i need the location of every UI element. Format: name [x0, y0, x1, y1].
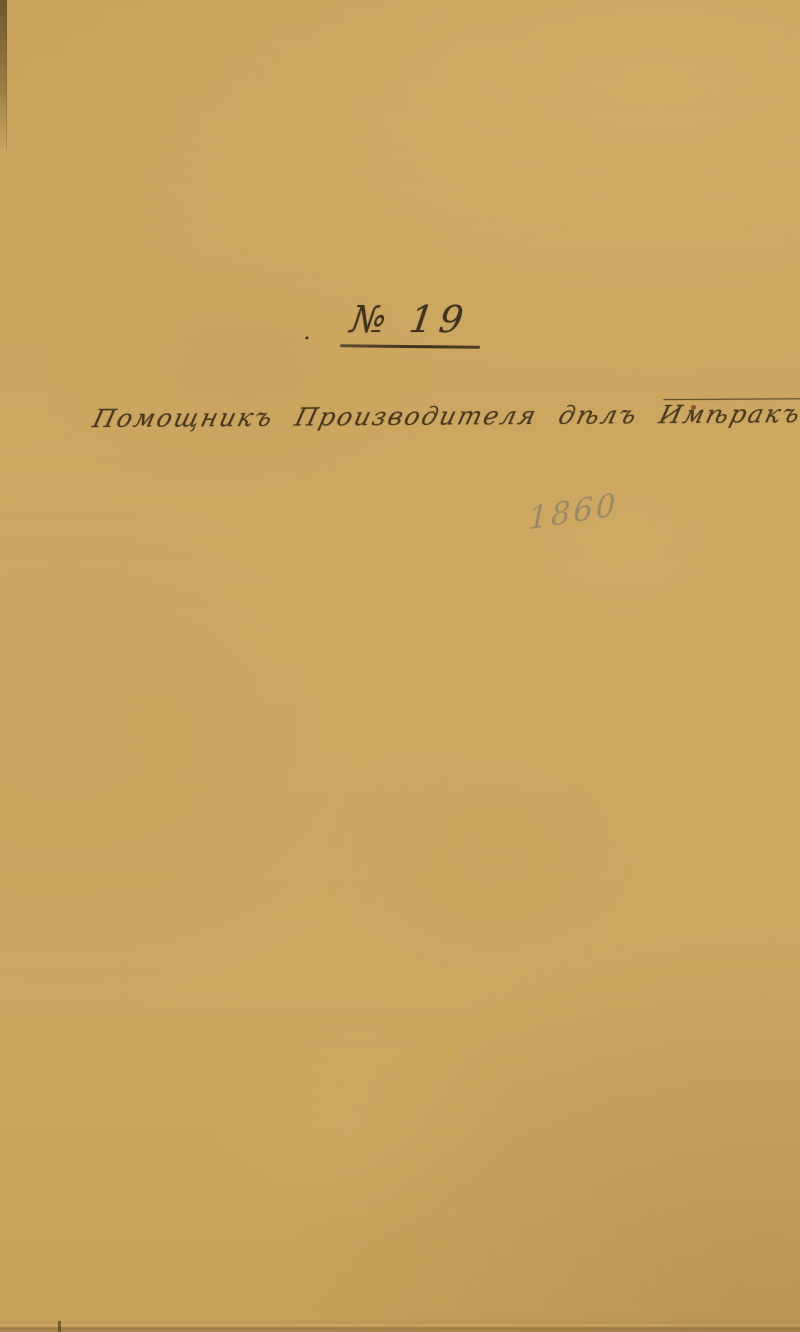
- handwritten-title-line: Помощникъ Производителя дѣлъ Имѣракъ.: [90, 400, 698, 433]
- scanned-document-page: . № 19 Помощникъ Производителя дѣлъ Имѣр…: [0, 0, 800, 1332]
- page-bottom-tick-mark: [58, 1321, 61, 1332]
- document-number: . № 19: [297, 298, 523, 341]
- ink-dot-mark: .: [302, 320, 313, 345]
- pencil-year-note: 1860: [528, 487, 618, 538]
- title-word-4-abbreviation: Имѣракъ.: [656, 399, 800, 429]
- title-word-1: Помощникъ: [90, 403, 277, 433]
- title-word-2: Производителя: [292, 401, 541, 432]
- title-word-3: дѣлъ: [556, 400, 642, 430]
- document-number-block: . № 19: [300, 298, 520, 348]
- document-number-label: № 19: [348, 298, 472, 341]
- binding-edge-shadow: [0, 0, 7, 150]
- document-number-underline: [340, 344, 480, 348]
- page-bottom-edge-shadow: [0, 1318, 800, 1332]
